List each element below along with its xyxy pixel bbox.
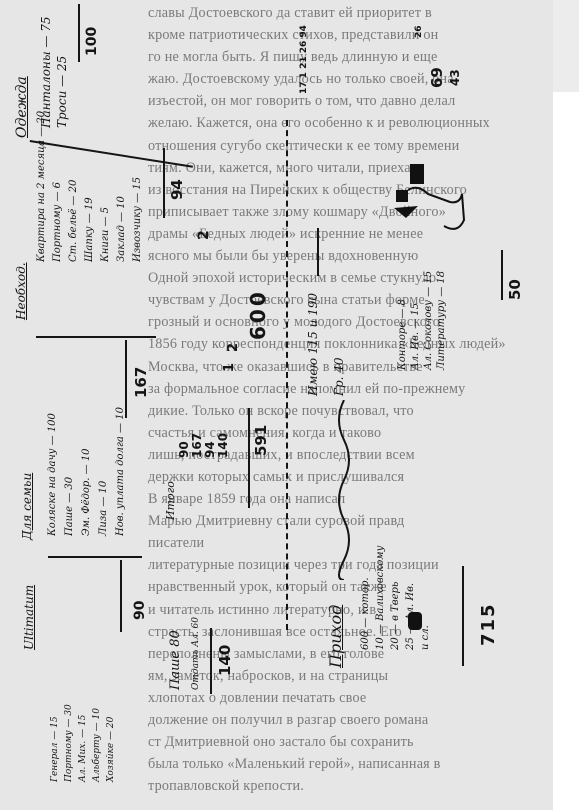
printed-line: хлопотах о довлении печатать свое bbox=[148, 687, 548, 709]
hw-necessary-row: Ст. бельё — 20 bbox=[66, 111, 82, 262]
hw-family-total: 167 bbox=[132, 367, 150, 398]
hw-ultimatum-row: Альберту — 10 bbox=[90, 704, 104, 782]
hw-clothing-block: Одежда bbox=[14, 76, 30, 138]
hw-fraction-value: 94 bbox=[299, 25, 309, 38]
hw-wavy-line bbox=[330, 400, 360, 580]
hw-receipts-line bbox=[317, 228, 319, 276]
hw-right-line bbox=[501, 250, 503, 300]
hw-income-rows: 600 — котор. 10 — Валиховскому 20 — в Тв… bbox=[358, 546, 433, 650]
hw-pair-note: 26 bbox=[414, 25, 424, 38]
hw-income-total: 715 bbox=[478, 602, 499, 646]
hw-family-sumline bbox=[125, 340, 127, 418]
hw-receipts-rows: Имею 115 и 190 Гр. 40 bbox=[300, 293, 352, 396]
printed-line: Одной эпохой историческим в семье стукну… bbox=[148, 267, 548, 289]
hw-ultimatum-rows: Генерал — 15 Портному — 30 Ал. Мих. — 15… bbox=[48, 704, 118, 782]
hw-ultimatum-total: 90 bbox=[132, 601, 148, 620]
hw-receipt-row: Гр. 40 bbox=[326, 293, 352, 396]
hw-rent-row: Отдать Ал. 60 bbox=[186, 617, 206, 690]
hw-fraction-value: 17 bbox=[299, 81, 309, 94]
page-top-extension bbox=[553, 0, 579, 92]
hw-income-line bbox=[462, 566, 464, 666]
printed-line: го не могла быть. Я пишу ведь длинную и … bbox=[148, 46, 548, 68]
hw-clothing-total: 100 bbox=[84, 27, 100, 56]
printed-line: переполнены замыслами, в его голове bbox=[148, 643, 548, 665]
hw-sums-label: Итого bbox=[164, 481, 177, 520]
hw-rent-rows: Паше 80 Отдать Ал. 60 bbox=[166, 617, 206, 690]
hw-family-heading: Для семьи bbox=[20, 473, 34, 540]
hw-income-row: 20 — в Тверь bbox=[388, 546, 403, 650]
hw-pair-43: 43 bbox=[448, 69, 462, 86]
hw-necessary-row: Извозчику — 15 bbox=[130, 111, 146, 262]
hw-right-row: Ал. Ив. — 15 bbox=[409, 271, 422, 370]
printed-line: была только «Маленький герой», написанна… bbox=[148, 753, 548, 775]
printed-line: должение он получил в разгар своего рома… bbox=[148, 709, 548, 731]
printed-line: тиям. Они, кажется, много читали, приеха… bbox=[148, 157, 548, 179]
printed-line: изъестой, он мог говорить о том, что дав… bbox=[148, 90, 548, 112]
hw-fraction-value: 1 bbox=[299, 72, 309, 78]
printed-line: славы Достоевского да ставит ей приорите… bbox=[148, 2, 548, 24]
hw-necessary-total: 94 bbox=[168, 179, 186, 200]
hw-income-row: 600 — котор. bbox=[358, 546, 373, 650]
hw-right-row: Ал. Соколову — 15 bbox=[422, 271, 435, 370]
hw-ultimatum-heading: Ultimatum bbox=[22, 585, 36, 650]
hw-necessary-row: Заклад — 10 bbox=[114, 111, 130, 262]
hw-divider-line-2 bbox=[36, 336, 156, 338]
hw-sums-extra-2: 2 bbox=[226, 343, 241, 352]
hw-clothing-sumline bbox=[78, 4, 80, 62]
hw-income-row: и сл. bbox=[418, 546, 433, 650]
hw-fraction-value: 21 bbox=[299, 56, 309, 69]
hw-necessary-row: Портному — 6 bbox=[50, 111, 66, 262]
hw-right-rows: Конторе — 8 Ал. Ив. — 15 Ал. Соколову — … bbox=[396, 271, 448, 370]
hw-right-total: 50 bbox=[506, 279, 524, 300]
hw-clothing-heading: Одежда bbox=[14, 76, 30, 138]
hw-ultimatum-sumline bbox=[120, 560, 122, 632]
hw-family-rows: Коляске на дачу — 100 Паше — 30 Эм. Фёдо… bbox=[44, 407, 129, 536]
hw-fraction-value: 26 bbox=[299, 41, 309, 54]
printed-line: тропавловской крепости. bbox=[148, 775, 548, 797]
hw-sums-values: 90 167 94 140 bbox=[178, 433, 230, 458]
printed-line: приписывает также злому кошмару «Двойног… bbox=[148, 201, 548, 223]
printed-line: ясного мы были бы уверены вдохновенную bbox=[148, 245, 548, 267]
hw-necessary-rows: Квартира на 2 месяца — 20 Портному — 6 С… bbox=[34, 111, 146, 262]
printed-line: ст Дмитриевной оно застало бы сохранить bbox=[148, 731, 548, 753]
hw-family-row: Эм. Фёдор. — 10 bbox=[78, 407, 95, 536]
hw-scribble-drawing bbox=[388, 160, 488, 240]
hw-necessary-sumline bbox=[163, 148, 165, 218]
hw-dashed-separator bbox=[286, 120, 288, 630]
hw-ultimatum-row: Портному — 30 bbox=[62, 704, 76, 782]
hw-stray-number: 2 bbox=[196, 230, 212, 240]
hw-income-row: 25 — Ал. Ив. bbox=[403, 546, 418, 650]
hw-right-row: Литературу — 18 bbox=[435, 271, 448, 370]
hw-family-row: Коляске на дачу — 100 bbox=[44, 407, 61, 536]
hw-right-row: Конторе — 8 bbox=[396, 271, 409, 370]
hw-necessary-heading: Необход. bbox=[14, 262, 28, 320]
hw-fraction-stack: 17 1 21 26 94 bbox=[300, 25, 309, 94]
printed-line: жаю. Достоевскому удалось но только свое… bbox=[148, 68, 548, 90]
hw-ultimatum-row: Генерал — 15 bbox=[48, 704, 62, 782]
hw-necessary-row: Квартира на 2 месяца — 20 bbox=[34, 111, 50, 262]
printed-line: ям, заметок, набросков, и на страницы bbox=[148, 665, 548, 687]
hw-sums-total: 591 bbox=[252, 425, 270, 456]
hw-income-row: 10 — Валиховскому bbox=[373, 546, 388, 650]
printed-line: кроме патриотических стихов, представили… bbox=[148, 24, 548, 46]
hw-family-row: Лиза — 10 bbox=[95, 407, 112, 536]
hw-sums-600: 600 bbox=[246, 289, 270, 340]
hw-necessary-row: Шапку — 19 bbox=[82, 111, 98, 262]
hw-divider-line-3 bbox=[48, 556, 142, 558]
hw-pair-69: 69 bbox=[428, 67, 446, 88]
hw-sums-line bbox=[248, 408, 250, 508]
ink-blot bbox=[408, 612, 422, 630]
hw-ultimatum-row: Ал. Мих. — 15 bbox=[76, 704, 90, 782]
printed-line: из восстания на Пирейских к обществу Бел… bbox=[148, 179, 548, 201]
hw-family-row: Нов. уплата долга — 10 bbox=[112, 407, 129, 536]
hw-family-row: Паше — 30 bbox=[61, 407, 78, 536]
hw-income-heading: Приход bbox=[326, 605, 345, 668]
hw-receipt-row: Имею 115 и 190 bbox=[300, 293, 326, 396]
hw-necessary-row: Книги — 5 bbox=[98, 111, 114, 262]
hw-sum-value: 140 bbox=[217, 433, 230, 458]
hw-rent-row: Паше 80 bbox=[166, 617, 186, 690]
hw-sums-extra-1: 1 bbox=[222, 363, 237, 372]
hw-ultimatum-row: Хозяйке — 20 bbox=[104, 704, 118, 782]
hw-rent-total: 140 bbox=[216, 645, 234, 676]
printed-line: желаю. Кажется, она его особенно к и рев… bbox=[148, 112, 548, 134]
printed-line: отношения сугубо скептически к ее тому в… bbox=[148, 135, 548, 157]
hw-rent-line bbox=[210, 628, 212, 694]
